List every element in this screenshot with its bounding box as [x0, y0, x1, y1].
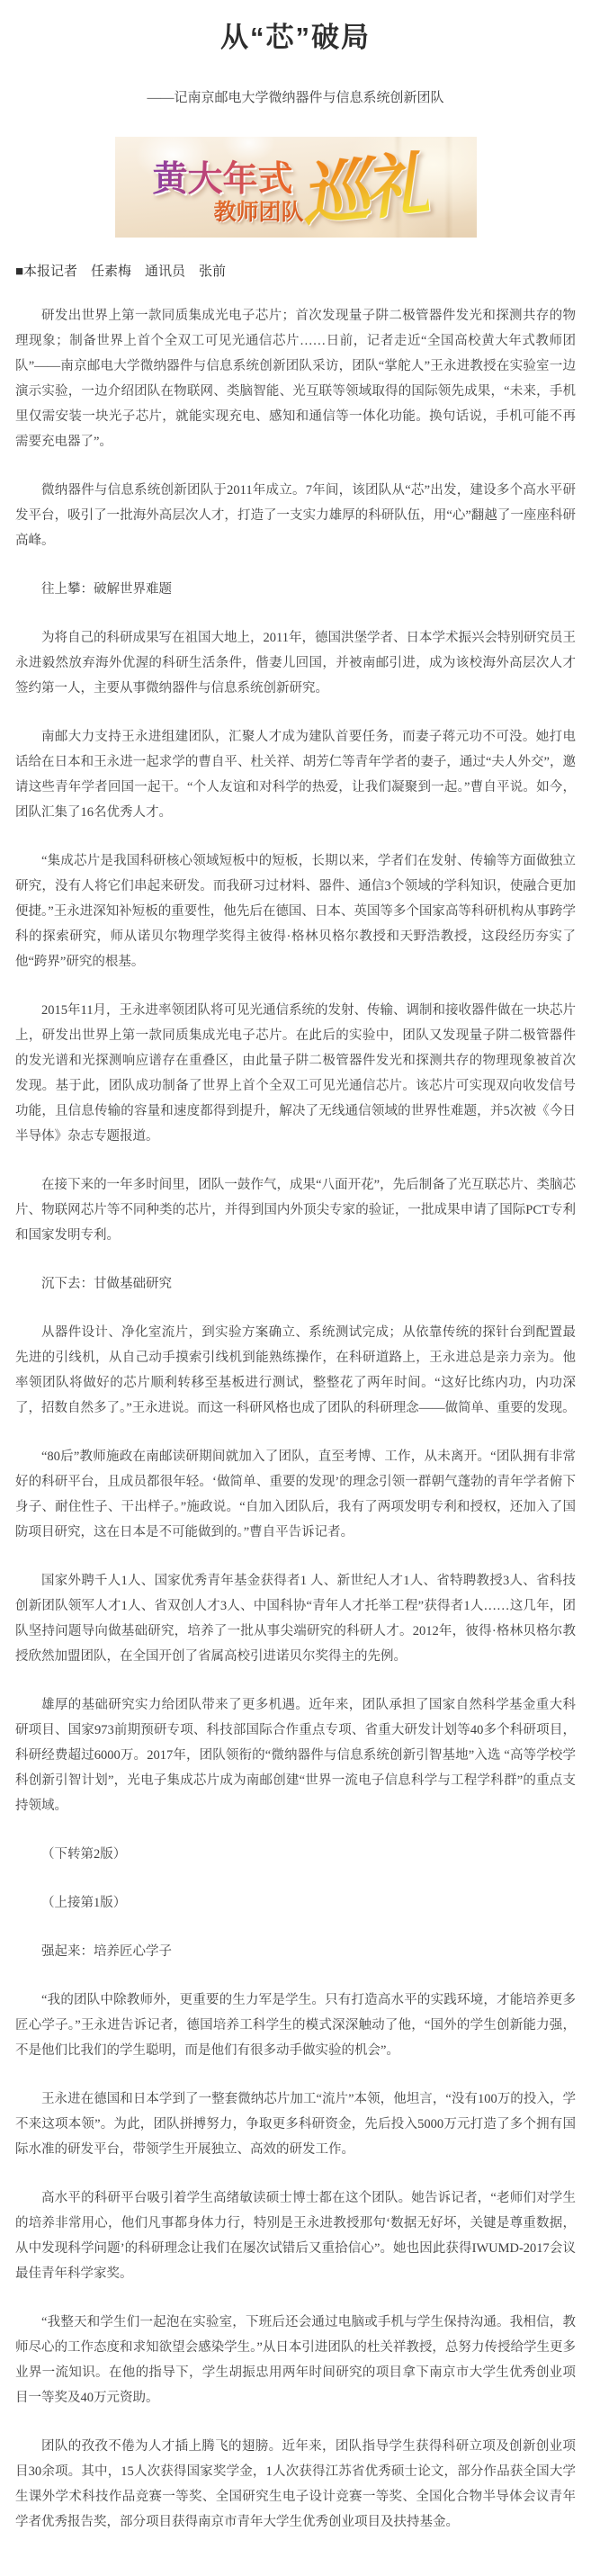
- article-title: 从“芯”破局: [0, 14, 591, 55]
- section-heading: 强起来：培养匠心学子: [15, 1939, 576, 1964]
- banner-text-sub: 教师团队: [214, 194, 304, 227]
- paragraph: 微纳器件与信息系统创新团队于2011年成立。7年间，该团队从“芯”出发，建设多个…: [15, 478, 576, 553]
- page-jump-note: （下转第2版）: [15, 1842, 576, 1867]
- page-jump-note: （上接第1版）: [15, 1890, 576, 1916]
- paragraph: “集成芯片是我国科研核心领域短板中的短板，长期以来，学者们在发射、传输等方面做独…: [15, 848, 576, 974]
- paragraph: “我的团队中除教师外，更重要的生力军是学生。只有打造高水平的实践环境，才能培养更…: [15, 1988, 576, 2063]
- paragraph: 2015年11月，王永进率领团队将可见光通信系统的发射、传输、调制和接收器件做在…: [15, 998, 576, 1149]
- paragraph: 为将自己的科研成果写在祖国大地上，2011年，德国洪堡学者、日本学术振兴会特别研…: [15, 625, 576, 701]
- paragraph: 高水平的科研平台吸引着学生高绪敏读硕士博士都在这个团队。她告诉记者，“老师们对学…: [15, 2186, 576, 2286]
- article-subtitle: ——记南京邮电大学微纳器件与信息系统创新团队: [0, 87, 591, 106]
- paragraph: “80后”教师施政在南邮读研期间就加入了团队，直至考博、工作，从未离开。“团队拥…: [15, 1444, 576, 1545]
- paragraph: “我整天和学生们一起泡在实验室，下班后还会通过电脑或手机与学生保持沟通。我相信，…: [15, 2310, 576, 2410]
- section-heading: 往上攀：破解世界难题: [15, 577, 576, 602]
- section-heading: 沉下去：甘做基础研究: [15, 1271, 576, 1297]
- banner-image: 巡礼 黄大年式 教师团队: [115, 137, 477, 238]
- paragraph: 团队的孜孜不倦为人才插上腾飞的翅膀。近年来，团队指导学生获得科研立项及创新创业项…: [15, 2434, 576, 2535]
- article-page: 从“芯”破局 ——记南京邮电大学微纳器件与信息系统创新团队 巡礼 黄大年式 教师…: [0, 14, 591, 2576]
- paragraph: 研发出世界上第一款同质集成光电子芯片；首次发现量子阱二极管器件发光和探测共存的物…: [15, 303, 576, 454]
- paragraph: 南邮大力支持王永进组建团队，汇聚人才成为建队首要任务，而妻子蒋元功不可没。她打电…: [15, 724, 576, 825]
- paragraph: 雄厚的基础研究实力给团队带来了更多机遇。近年来，团队承担了国家自然科学基金重大科…: [15, 1692, 576, 1818]
- paragraph: 在接下来的一年多时间里，团队一鼓作气，成果“八面开花”，先后制备了光互联芯片、类…: [15, 1172, 576, 1248]
- paragraph: 国家外聘千人1人、国家优秀青年基金获得者1 人、新世纪人才1人、省特聘教授3人、…: [15, 1568, 576, 1669]
- paragraph: 从器件设计、净化室流片，到实验方案确立、系统测试完成；从依靠传统的探针台到配置最…: [15, 1320, 576, 1421]
- banner-text-script: 巡礼: [295, 137, 431, 238]
- byline: ■本报记者 任素梅 通讯员 张前: [0, 261, 591, 280]
- article-body: 研发出世界上第一款同质集成光电子芯片；首次发现量子阱二极管器件发光和探测共存的物…: [0, 303, 591, 2576]
- paragraph: 王永进在德国和日本学到了一整套微纳芯片加工“流片”本领，他坦言，“没有100万的…: [15, 2087, 576, 2162]
